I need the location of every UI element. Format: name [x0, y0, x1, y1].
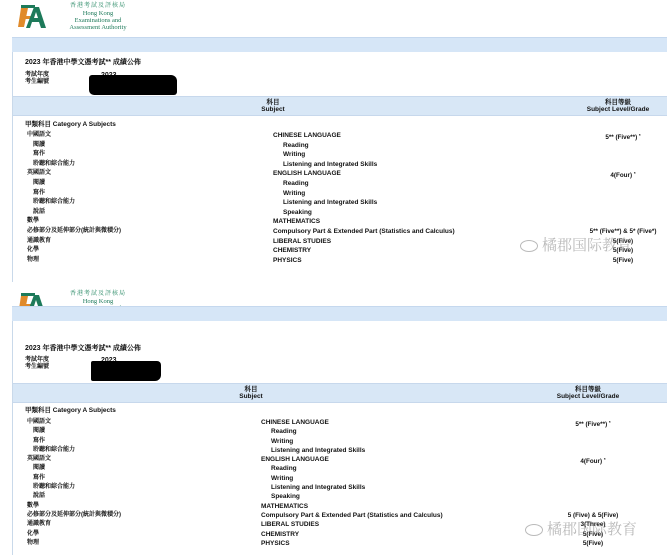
subject-name-zh: 寫作 — [33, 150, 45, 160]
top-band — [12, 37, 667, 52]
table-row: 閱讀Reading — [13, 464, 667, 473]
top-band — [12, 306, 667, 321]
exam-year-label: 考試年度 — [25, 357, 49, 364]
table-row: 說話Speaking — [13, 492, 667, 501]
subject-name-zh: 寫作 — [33, 189, 45, 199]
subject-name-en: Compulsory Part & Extended Part (Statist… — [261, 511, 443, 520]
table-row: 閱讀Reading — [13, 427, 667, 436]
grade-footnote-mark: * — [634, 171, 636, 176]
hkeaa-logo-icon — [18, 2, 46, 30]
result-slip-1: 香港考試及評核局 Hong Kong Examinations and Asse… — [0, 0, 667, 282]
table-row: 聆聽和綜合能力Listening and Integrated Skills — [13, 446, 667, 455]
hkeaa-logo: 香港考試及評核局 Hong Kong Examinations and Asse… — [18, 2, 128, 32]
grade-column-header: 科目等級 Subject Level/Grade — [573, 99, 663, 113]
subject-name-zh: 說話 — [33, 492, 45, 501]
subject-name-en: Reading — [283, 141, 309, 151]
subject-column-header: 科目 Subject — [221, 386, 281, 400]
watermark-text: 橘郡国际教育 — [542, 236, 632, 254]
subject-name-en: CHEMISTRY — [261, 530, 299, 539]
grade-value: 5(Five) — [583, 540, 603, 547]
candidate-meta: 考試年度 考生編號 — [25, 72, 49, 86]
subject-name-en: Listening and Integrated Skills — [283, 198, 377, 208]
subject-name-zh: 必修部分及延伸部分(統計與微積分) — [27, 511, 121, 520]
org-name-zh: 香港考試及評核局 — [58, 291, 138, 298]
table-row: 寫作Writing — [13, 437, 667, 446]
subject-name-en: Reading — [271, 427, 297, 436]
exam-year-label: 考試年度 — [25, 72, 49, 79]
table-row: 聆聽和綜合能力Listening and Integrated Skills — [13, 483, 667, 492]
subject-header-zh: 科目 — [221, 386, 281, 393]
table-row: 說話Speaking — [13, 208, 667, 218]
grade-footnote-mark: * — [604, 457, 606, 462]
grade-header-en: Subject Level/Grade — [543, 393, 633, 400]
subject-name-en: Compulsory Part & Extended Part (Statist… — [273, 227, 455, 237]
subject-name-zh: 化學 — [27, 530, 39, 539]
subject-name-en: MATHEMATICS — [273, 217, 320, 227]
table-row: 中國語文CHINESE LANGUAGE5** (Five**) * — [13, 131, 667, 141]
subject-name-zh: 通識教育 — [27, 237, 51, 247]
subject-name-zh: 必修部分及延伸部分(統計與微積分) — [27, 227, 121, 237]
subject-name-en: LIBERAL STUDIES — [261, 520, 319, 529]
subject-name-en: Listening and Integrated Skills — [271, 446, 365, 455]
slip-title: 2023 年香港中學文憑考試** 成績公佈 — [25, 57, 141, 67]
table-row: 物理PHYSICS5(Five) — [13, 256, 667, 266]
subject-column-header: 科目 Subject — [243, 99, 303, 113]
org-name-en-1: Hong Kong — [58, 10, 138, 17]
subject-name-zh: 聆聽和綜合能力 — [33, 198, 75, 208]
grade-header-zh: 科目等級 — [543, 386, 633, 393]
category-heading: 甲類科目 Category A Subjects — [25, 119, 116, 128]
subject-name-en: Writing — [271, 437, 293, 446]
subject-name-en: ENGLISH LANGUAGE — [273, 169, 341, 179]
redaction-mark — [89, 75, 177, 95]
candidate-meta: 考試年度 考生編號 — [25, 357, 49, 371]
subject-name-zh: 數學 — [27, 502, 39, 511]
subject-name-zh: 通識教育 — [27, 520, 51, 529]
table-row: 數學MATHEMATICS — [13, 502, 667, 511]
candidate-number-label: 考生編號 — [25, 364, 49, 371]
subject-name-zh: 物理 — [27, 256, 39, 266]
subject-name-zh: 寫作 — [33, 474, 45, 483]
subject-name-en: Speaking — [271, 492, 300, 501]
subject-header-en: Subject — [221, 393, 281, 400]
subject-header-zh: 科目 — [243, 99, 303, 106]
subject-name-en: Listening and Integrated Skills — [271, 483, 365, 492]
subject-name-en: Writing — [283, 150, 305, 160]
subject-name-zh: 數學 — [27, 217, 39, 227]
wechat-icon — [520, 240, 538, 252]
subject-name-en: CHINESE LANGUAGE — [273, 131, 341, 141]
subject-name-zh: 閱讀 — [33, 427, 45, 436]
subject-name-en: Writing — [271, 474, 293, 483]
table-row: 寫作Writing — [13, 474, 667, 483]
watermark: 橘郡国际教育 — [520, 234, 632, 255]
table-row: 英國語文ENGLISH LANGUAGE4(Four) * — [13, 455, 667, 464]
subject-grade: 5(Five) — [543, 539, 643, 548]
subject-name-zh: 中國語文 — [27, 418, 51, 427]
grade-header-zh: 科目等級 — [573, 99, 663, 106]
subject-name-zh: 說話 — [33, 208, 45, 218]
grade-column-header: 科目等級 Subject Level/Grade — [543, 386, 633, 400]
category-heading: 甲類科目 Category A Subjects — [25, 405, 116, 414]
table-row: 寫作Writing — [13, 150, 667, 160]
subject-header-en: Subject — [243, 106, 303, 113]
subject-name-zh: 聆聽和綜合能力 — [33, 483, 75, 492]
org-name-en-2: Examinations and — [58, 17, 138, 24]
table-row: 英國語文ENGLISH LANGUAGE4(Four) * — [13, 169, 667, 179]
table-row: 閱讀Reading — [13, 179, 667, 189]
subject-name-en: PHYSICS — [273, 256, 302, 266]
grade-value: 5(Five) — [613, 257, 633, 264]
subject-name-en: MATHEMATICS — [261, 502, 308, 511]
subject-name-en: Writing — [283, 189, 305, 199]
subject-name-en: CHINESE LANGUAGE — [261, 418, 329, 427]
subject-name-zh: 聆聽和綜合能力 — [33, 446, 75, 455]
wechat-icon — [525, 524, 543, 536]
candidate-number-label: 考生編號 — [25, 79, 49, 86]
subject-name-zh: 閱讀 — [33, 141, 45, 151]
subject-name-zh: 化學 — [27, 246, 39, 256]
table-row: 數學MATHEMATICS — [13, 217, 667, 227]
grade-footnote-mark: * — [639, 133, 641, 138]
table-row: 寫作Writing — [13, 189, 667, 199]
watermark-text: 橘郡国际教育 — [547, 520, 637, 538]
hkeaa-logo-text: 香港考試及評核局 Hong Kong Examinations and Asse… — [58, 3, 138, 31]
org-name-en-1: Hong Kong — [58, 298, 138, 305]
subject-name-zh: 英國語文 — [27, 169, 51, 179]
subject-name-en: CHEMISTRY — [273, 246, 311, 256]
table-header: 科目 Subject 科目等級 Subject Level/Grade — [13, 383, 667, 403]
grade-header-en: Subject Level/Grade — [573, 106, 663, 113]
subject-name-zh: 閱讀 — [33, 464, 45, 473]
org-name-zh: 香港考試及評核局 — [58, 3, 138, 10]
subject-name-en: Reading — [283, 179, 309, 189]
subject-name-en: LIBERAL STUDIES — [273, 237, 331, 247]
org-name-en-3: Assessment Authority — [58, 24, 138, 31]
grade-footnote-mark: * — [609, 420, 611, 425]
watermark: 橘郡国际教育 — [525, 518, 637, 539]
subject-name-zh: 閱讀 — [33, 179, 45, 189]
slip-title: 2023 年香港中學文憑考試** 成績公佈 — [25, 343, 141, 353]
table-row: 聆聽和綜合能力Listening and Integrated Skills — [13, 198, 667, 208]
subject-name-en: PHYSICS — [261, 539, 290, 548]
subject-name-zh: 中國語文 — [27, 131, 51, 141]
subject-name-en: Speaking — [283, 208, 312, 218]
redaction-mark — [91, 361, 161, 381]
subject-name-zh: 寫作 — [33, 437, 45, 446]
subject-name-en: ENGLISH LANGUAGE — [261, 455, 329, 464]
result-slip-2: 香港考試及評核局 Hong Kong Examinations and Asse… — [0, 282, 667, 555]
subject-name-zh: 物理 — [27, 539, 39, 548]
table-row: 中國語文CHINESE LANGUAGE5** (Five**) * — [13, 418, 667, 427]
subject-grade: 5(Five) — [573, 256, 667, 266]
subject-name-en: Listening and Integrated Skills — [283, 160, 377, 170]
table-row: 聆聽和綜合能力Listening and Integrated Skills — [13, 160, 667, 170]
table-row: 閱讀Reading — [13, 141, 667, 151]
subject-name-en: Reading — [271, 464, 297, 473]
table-header: 科目 Subject 科目等級 Subject Level/Grade — [13, 96, 667, 116]
subject-name-zh: 英國語文 — [27, 455, 51, 464]
subject-name-zh: 聆聽和綜合能力 — [33, 160, 75, 170]
table-row: 物理PHYSICS5(Five) — [13, 539, 667, 548]
